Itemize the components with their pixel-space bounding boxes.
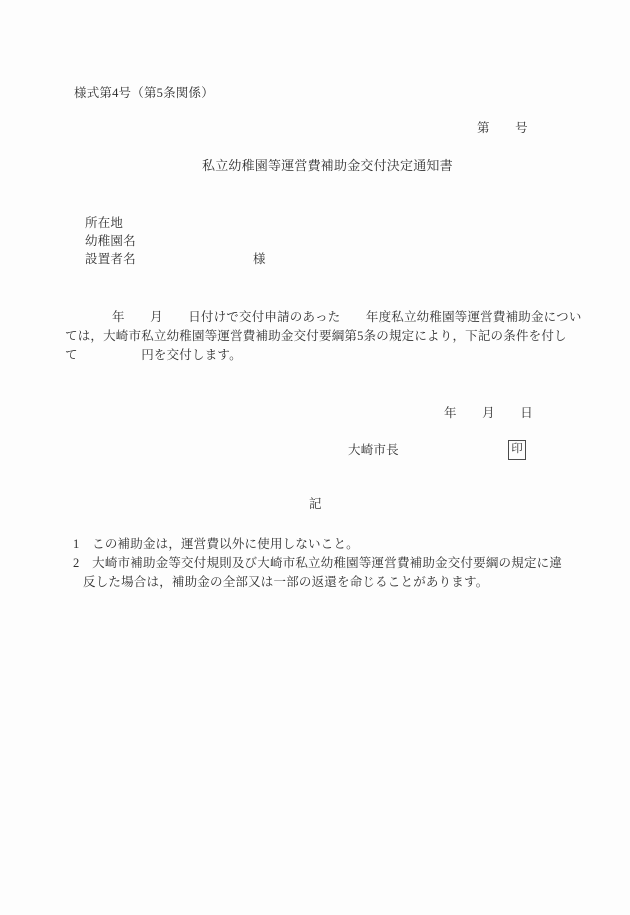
- note-item-2-line-2: 反した場合は，補助金の全部又は一部の返還を命じることがあります。: [83, 573, 488, 591]
- seal-placeholder: 印: [508, 440, 526, 460]
- recipient-kindergarten-label: 幼稚園名: [85, 232, 136, 250]
- body-line-3: て 円を交付します。: [65, 346, 242, 364]
- recipient-founder-label: 設置者名: [85, 250, 136, 268]
- signature-date-line: 年 月 日: [444, 404, 533, 422]
- form-number: 様式第4号（第5条関係）: [74, 84, 214, 102]
- document-title: 私立幼稚園等運営費補助金交付決定通知書: [202, 157, 453, 176]
- body-line-2: ては，大崎市私立幼稚園等運営費補助金交付要綱第5条の規定により，下記の条件を付し: [65, 327, 567, 345]
- body-line-1: 年 月 日付けで交付申請のあった 年度私立幼稚園等運営費補助金につい: [112, 308, 582, 326]
- note-item-1: 1 この補助金は，運営費以外に使用しないこと。: [73, 535, 359, 553]
- recipient-honorific: 様: [253, 250, 266, 268]
- note-item-2-line-1: 2 大崎市補助金等交付規則及び大崎市私立幼稚園等運営費補助金交付要綱の規定に違: [73, 554, 562, 572]
- seal-character: 印: [511, 444, 523, 456]
- document-page: 様式第4号（第5条関係） 第 号 私立幼稚園等運営費補助金交付決定通知書 所在地…: [0, 0, 630, 915]
- notes-heading: 記: [309, 495, 322, 513]
- document-number: 第 号: [477, 119, 528, 137]
- recipient-address-label: 所在地: [85, 214, 123, 232]
- signer-name: 大崎市長: [348, 441, 399, 459]
